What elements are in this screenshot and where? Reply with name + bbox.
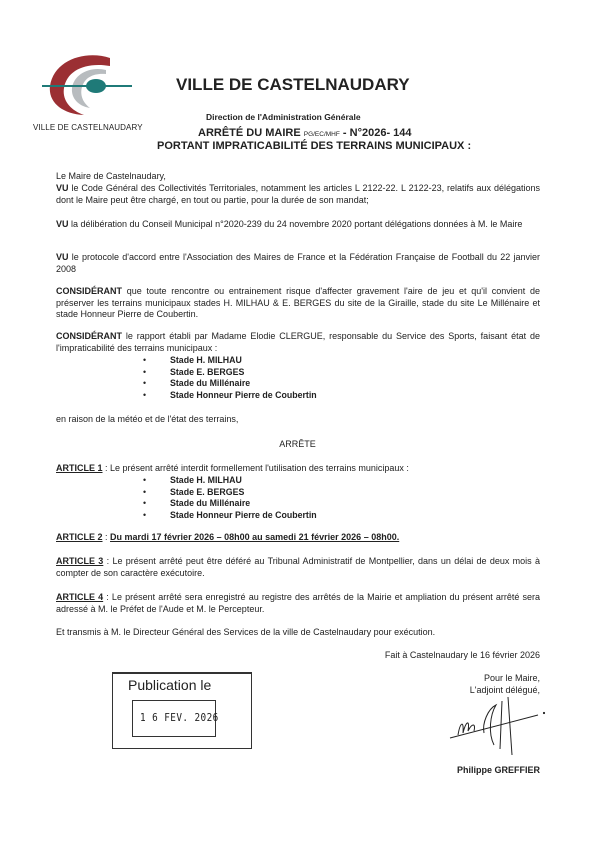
article-text: : Le présent arrêté peut être déféré au … (56, 556, 540, 578)
arrete-subject: PORTANT IMPRATICABILITÉ DES TERRAINS MUN… (157, 140, 471, 152)
considerant-text: que toute rencontre ou entrainement risq… (56, 286, 540, 319)
direction-label: Direction de l'Administration Générale (206, 112, 361, 122)
article-text: : Le présent arrêté sera enregistré au r… (56, 592, 540, 614)
signature-icon (448, 693, 548, 763)
vu-lead: VU (56, 252, 69, 262)
list-item: Stade du Millénaire (170, 378, 317, 390)
article-label: ARTICLE 3 (56, 556, 103, 566)
vu-code-paragraph: VU le Code Général des Collectivités Ter… (56, 183, 540, 206)
considerant-lead: CONSIDÉRANT (56, 331, 122, 341)
list-item: Stade H. MILHAU (170, 475, 317, 487)
vu-text: le protocole d'accord entre l'Associatio… (56, 252, 540, 274)
city-logo-icon (40, 52, 135, 117)
intro-text: Le Maire de Castelnaudary, (56, 171, 540, 183)
article-1: ARTICLE 1 : Le présent arrêté interdit f… (56, 463, 540, 475)
arrete-number: - N°2026- 144 (343, 127, 412, 139)
list-item: Stade E. BERGES (170, 367, 317, 379)
arrete-decision-heading: ARRÊTE (0, 439, 595, 449)
considerant-risk-paragraph: CONSIDÉRANT que toute rencontre ou entra… (56, 286, 540, 321)
article-2: ARTICLE 2 : Du mardi 17 février 2026 – 0… (56, 532, 540, 544)
article-4: ARTICLE 4 : Le présent arrêté sera enreg… (56, 592, 540, 615)
arrete-ref: PG/EC/MHF (304, 131, 340, 138)
considerant-report-paragraph: CONSIDÉRANT le rapport établi par Madame… (56, 331, 540, 354)
stadium-list-article1: Stade H. MILHAU Stade E. BERGES Stade du… (170, 475, 317, 521)
considerant-text: le rapport établi par Madame Elodie CLER… (56, 331, 540, 353)
place-date: Fait à Castelnaudary le 16 février 2026 (385, 650, 540, 660)
article-label: ARTICLE 2 (56, 532, 103, 542)
article-separator: : (103, 532, 111, 542)
article-label: ARTICLE 4 (56, 592, 103, 602)
stamp-date: 1 6 FEV. 2026 (140, 711, 219, 724)
list-item: Stade du Millénaire (170, 498, 317, 510)
stamp-title: Publication le (128, 677, 211, 693)
list-item: Stade H. MILHAU (170, 355, 317, 367)
article-text: : Le présent arrêté interdit formellemen… (103, 463, 409, 473)
arrete-label: ARRÊTÉ DU MAIRE (198, 127, 301, 139)
for-mayor-label: Pour le Maire, (484, 673, 540, 683)
list-item: Stade Honneur Pierre de Coubertin (170, 390, 317, 402)
vu-text: le Code Général des Collectivités Territ… (56, 183, 540, 205)
vu-lead: VU (56, 183, 69, 193)
stadium-list-report: Stade H. MILHAU Stade E. BERGES Stade du… (170, 355, 317, 401)
logo-caption: VILLE DE CASTELNAUDARY (33, 123, 143, 132)
signer-name: Philippe GREFFIER (457, 765, 540, 775)
list-item: Stade Honneur Pierre de Coubertin (170, 510, 317, 522)
vu-deliberation-paragraph: VU la délibération du Conseil Municipal … (56, 219, 540, 231)
article-label: ARTICLE 1 (56, 463, 103, 473)
considerant-lead: CONSIDÉRANT (56, 286, 122, 296)
reason-text: en raison de la météo et de l'état des t… (56, 414, 540, 426)
vu-text: la délibération du Conseil Municipal n°2… (69, 219, 523, 229)
arrete-heading: ARRÊTÉ DU MAIRE PG/EC/MHF - N°2026- 144 (198, 127, 412, 139)
page-title: VILLE DE CASTELNAUDARY (176, 75, 410, 95)
transmis-text: Et transmis à M. le Directeur Général de… (56, 627, 540, 639)
vu-lead: VU (56, 219, 69, 229)
article-period: Du mardi 17 février 2026 – 08h00 au same… (110, 532, 399, 542)
list-item: Stade E. BERGES (170, 487, 317, 499)
vu-protocole-paragraph: VU le protocole d'accord entre l'Associa… (56, 252, 540, 275)
article-3: ARTICLE 3 : Le présent arrêté peut être … (56, 556, 540, 579)
